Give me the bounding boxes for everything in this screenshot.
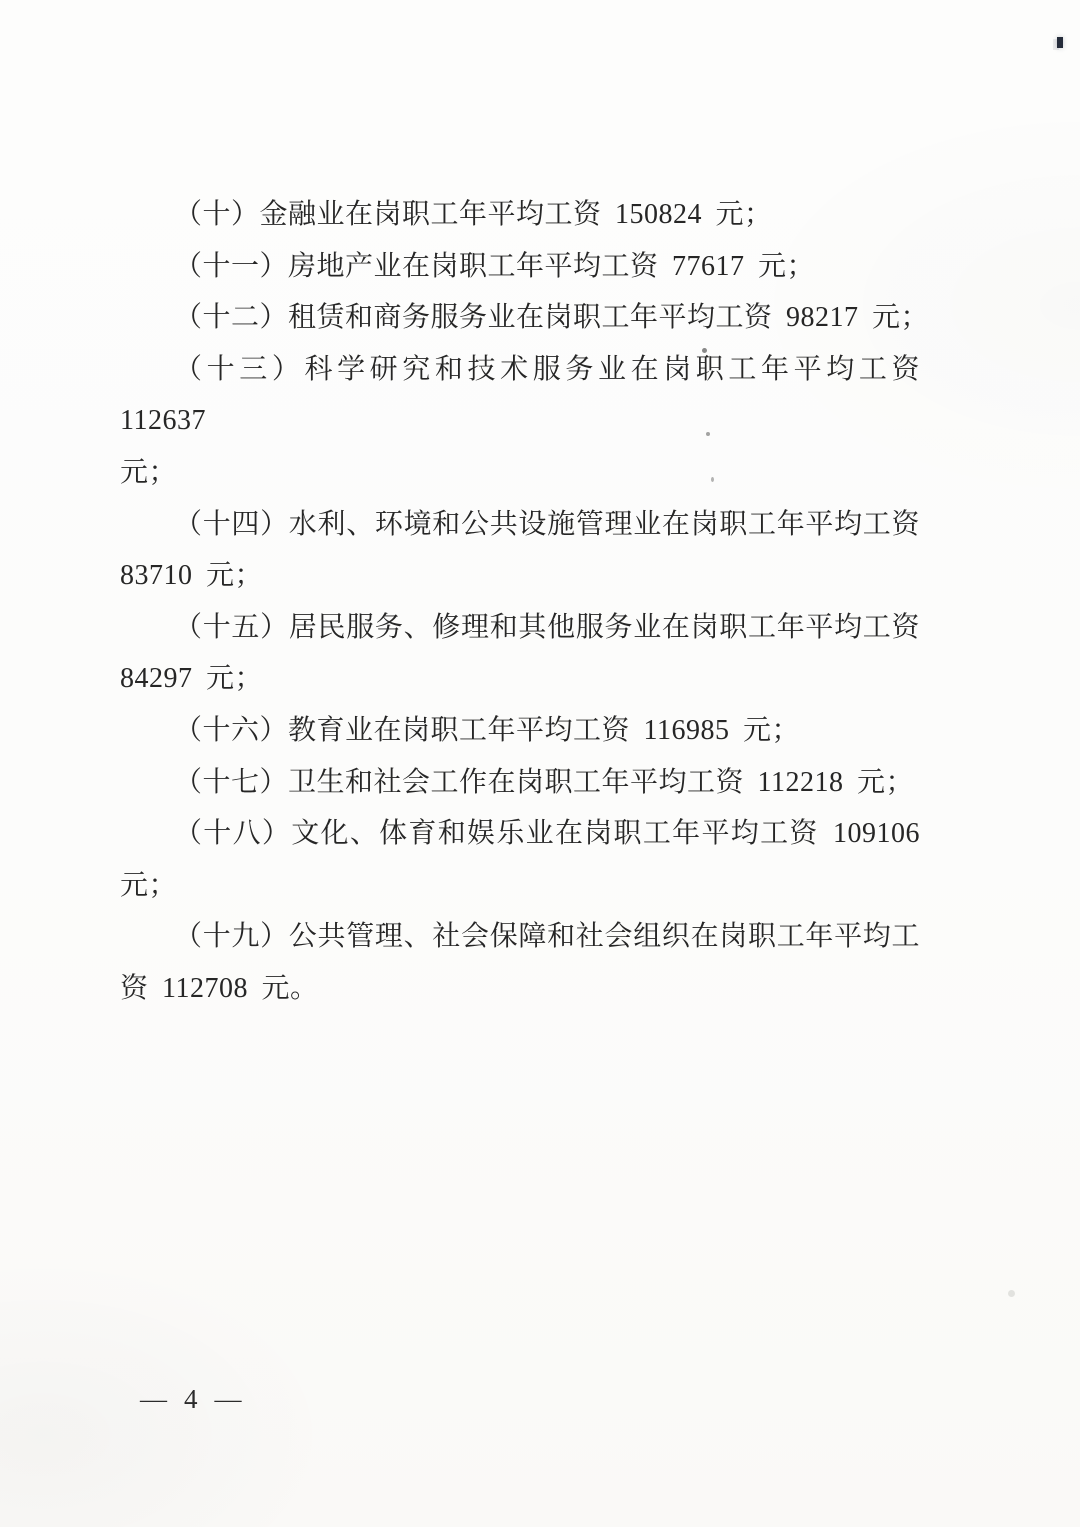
scan-speck [702,348,707,353]
scan-speck [1008,1290,1015,1297]
doc-line: 83710 元； [120,550,920,602]
document-body: （十）金融业在岗职工年平均工资 150824 元； （十一）房地产业在岗职工年平… [120,189,920,1015]
scan-corner-artifact [1057,37,1063,48]
scanned-document-page: （十）金融业在岗职工年平均工资 150824 元； （十一）房地产业在岗职工年平… [0,0,1080,1527]
doc-line: 资 112708 元。 [120,963,920,1015]
page-footer: — 4 — [140,1383,242,1415]
scan-speck [706,432,710,436]
doc-line: （十六）教育业在岗职工年平均工资 116985 元； [120,705,920,757]
footer-dash-left: — [140,1385,167,1414]
doc-line: 元； [120,860,920,912]
doc-line: （十）金融业在岗职工年平均工资 150824 元； [120,189,920,241]
doc-line: （十二）租赁和商务服务业在岗职工年平均工资 98217 元； [120,292,920,344]
doc-line: （十九）公共管理、社会保障和社会组织在岗职工年平均工 [120,911,920,963]
doc-line: （十三）科学研究和技术服务业在岗职工年平均工资 112637 [120,344,920,447]
doc-line: （十八）文化、体育和娱乐业在岗职工年平均工资 109106 [120,808,920,860]
doc-line: （十一）房地产业在岗职工年平均工资 77617 元； [120,241,920,293]
doc-line: 元； [120,447,920,499]
doc-line: （十七）卫生和社会工作在岗职工年平均工资 112218 元； [120,757,920,809]
doc-line: 84297 元； [120,653,920,705]
scan-speck [711,477,714,482]
page-number: 4 [184,1383,198,1415]
doc-line: （十四）水利、环境和公共设施管理业在岗职工年平均工资 [120,499,920,551]
doc-line: （十五）居民服务、修理和其他服务业在岗职工年平均工资 [120,602,920,654]
footer-dash-right: — [215,1385,242,1414]
